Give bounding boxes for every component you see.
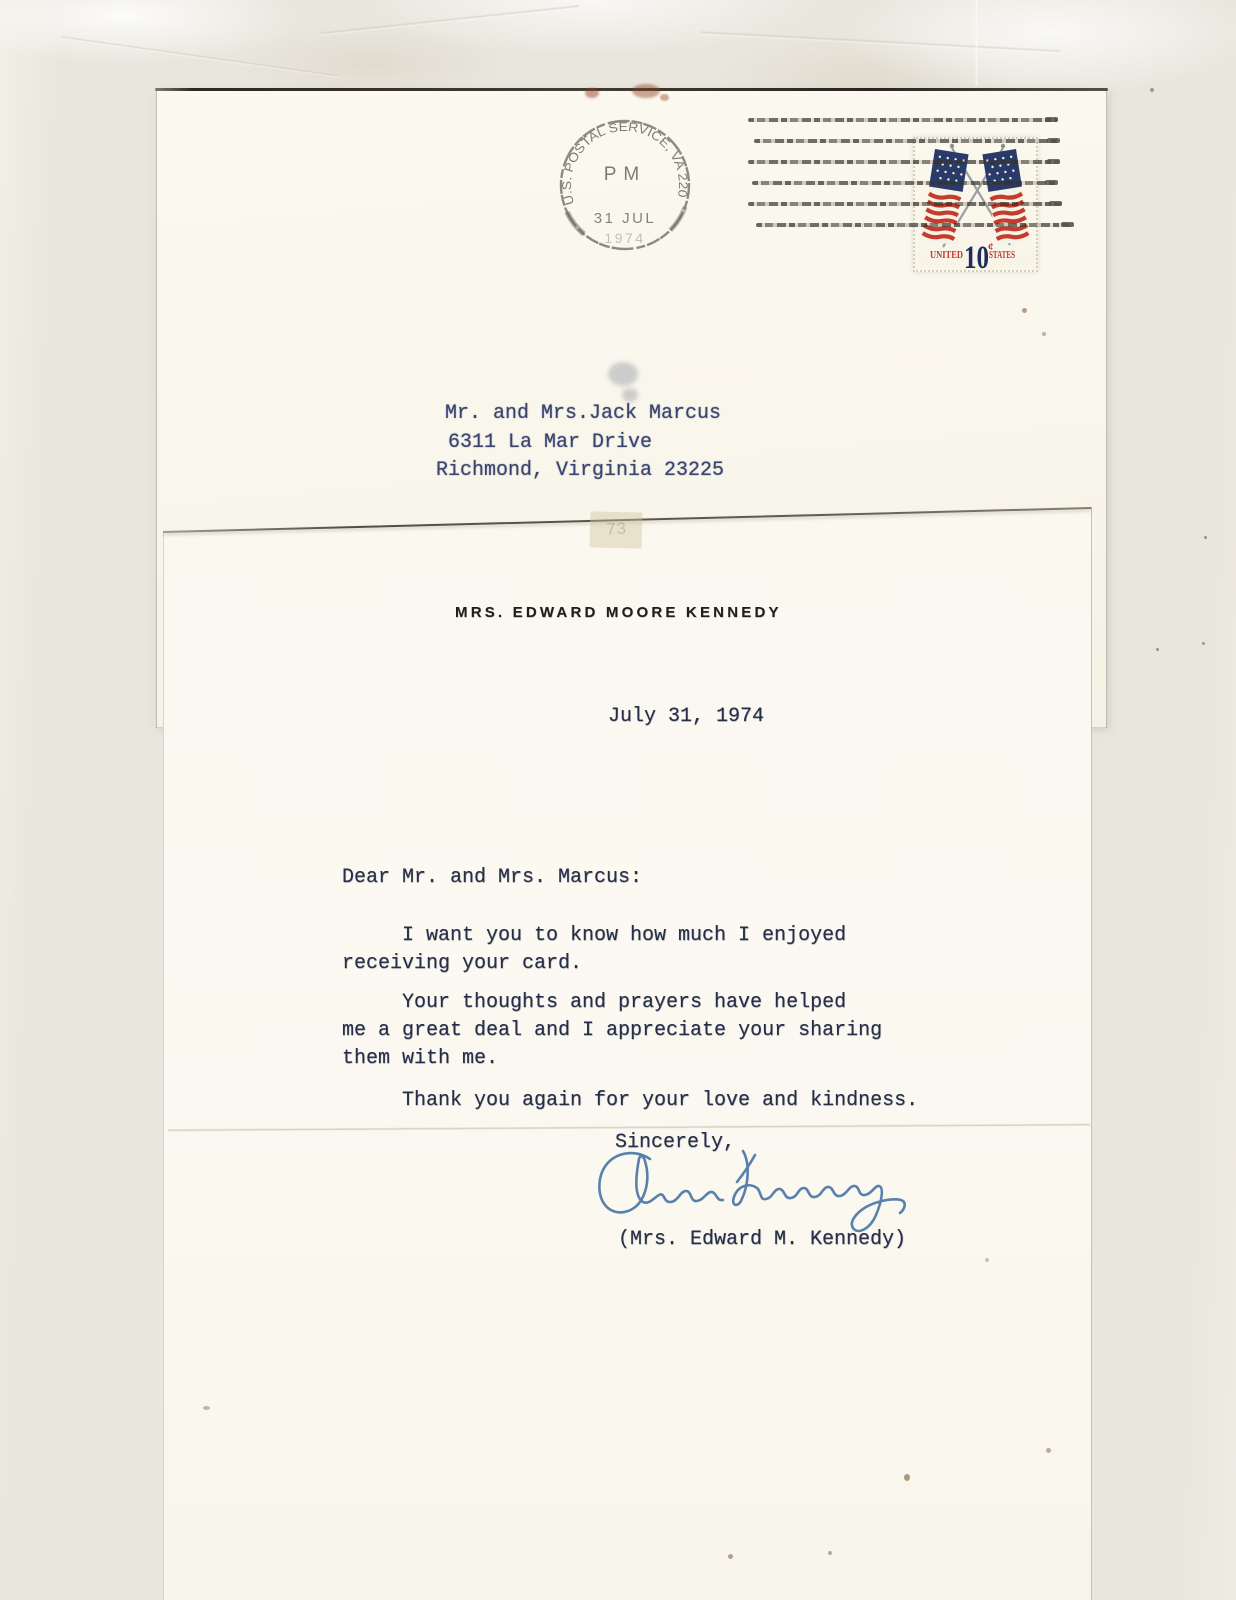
tape-remnant: 73 [590,511,643,548]
stamp-united-label: UNITED [930,250,963,261]
stain [904,1474,910,1481]
stain [985,1258,989,1262]
address-line: Mr. and Mrs.Jack Marcus [445,400,724,429]
body-line: me a great deal and I appreciate your sh… [342,1019,882,1042]
stain [632,84,660,98]
typed-signature-name: (Mrs. Edward M. Kennedy) [618,1228,906,1251]
postmark: U.S. POSTAL SERVICE, VA 220 PM 31 JUL 19… [555,115,695,255]
letter-sheet [163,506,1092,1600]
letter-date: July 31, 1974 [608,705,764,728]
stain [1204,536,1207,539]
tape-note: 73 [605,520,626,540]
stain [728,1554,733,1559]
stain [1022,308,1027,313]
cancellation-bar [748,118,1058,122]
letterhead: MRS. EDWARD MOORE KENNEDY [455,604,782,621]
ink-smudge [622,388,638,402]
ink-smudge [608,362,638,386]
body-line: Thank you again for your love and kindne… [402,1089,918,1112]
body-line: I want you to know how much I enjoyed [402,924,846,947]
paper-crease [61,36,339,79]
paper-crease [975,0,978,86]
cancellation-bar [748,160,1060,164]
cancellation-bar [756,223,1074,227]
address-line: Richmond, Virginia 23225 [436,457,724,486]
stain [828,1551,832,1555]
stain [1046,1448,1051,1453]
stamp-states-label: STATES [989,250,1015,261]
paper-crease [700,31,1060,55]
postmark-year: 1974 [604,230,645,246]
stain [1202,642,1205,645]
stain [660,94,669,101]
stamp-denomination: 10 [964,240,989,272]
stain [1150,88,1154,92]
stain [1042,332,1046,336]
cancellation-bar [754,139,1060,143]
stain [203,1406,210,1410]
salutation: Dear Mr. and Mrs. Marcus: [342,866,642,889]
body-line: Your thoughts and prayers have helped [402,991,846,1014]
recipient-address: Mr. and Mrs.Jack Marcus 6311 La Mar Driv… [436,400,724,486]
postmark-day: 31 JUL [594,210,657,227]
scanned-letter-and-envelope: U.S. POSTAL SERVICE, VA 220 PM 31 JUL 19… [0,0,1236,1600]
paper-crease [320,4,579,36]
address-line: 6311 La Mar Drive [448,429,724,458]
cancellation-bar [748,202,1062,206]
body-line: receiving your card. [342,952,582,975]
cancellation-bar [752,181,1058,185]
postmark-meridiem: PM [604,164,647,185]
body-line: them with me. [342,1047,498,1070]
stain [585,88,599,98]
stain [1156,648,1159,651]
